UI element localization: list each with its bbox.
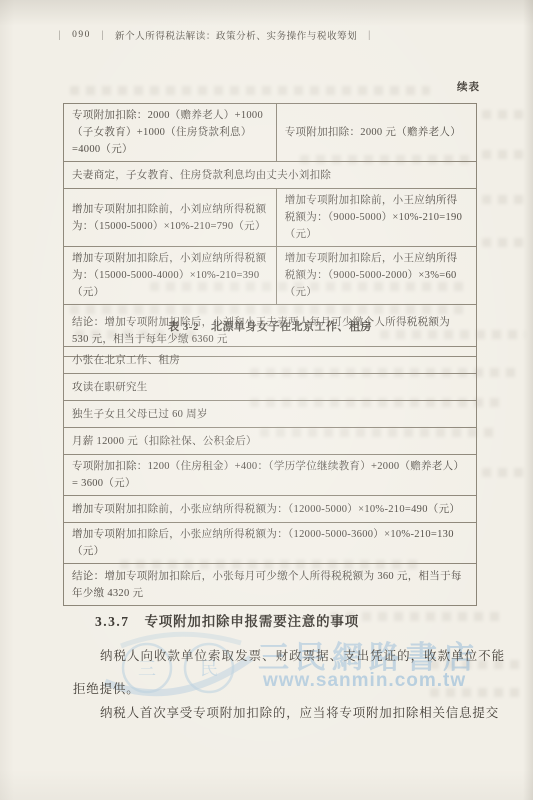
bleed-strip — [482, 195, 527, 204]
running-header: ｜ 090 ｜ 新个人所得税法解读：政策分析、实务操作与税收筹划 ｜ — [55, 28, 374, 42]
table-cell: 月薪 12000 元（扣除社保、公积金后） — [64, 428, 477, 455]
table-cell: 结论：增加专项附加扣除后，小张每月可少缴个人所得税税额为 360 元，相当于每年… — [64, 564, 477, 606]
bleed-strip — [482, 238, 527, 247]
table-row: 结论：增加专项附加扣除后，小张每月可少缴个人所得税税额为 360 元，相当于每年… — [64, 564, 477, 606]
bleed-strip — [482, 110, 527, 119]
table-row: 专项附加扣除：1200（住房租金）+400：（学历学位继续教育）+2000（赡养… — [64, 455, 477, 496]
table-cell: 增加专项附加扣除前，小张应纳所得税额为：（12000-5000）×10%-210… — [64, 496, 477, 523]
single-woman-tax-table: 小张在北京工作、租房 攻读在职研究生 独生子女且父母已过 60 周岁 月薪 12… — [63, 346, 477, 606]
bleed-strip — [70, 86, 430, 95]
header-bar: ｜ — [55, 28, 65, 42]
table-row: 夫妻商定，子女教育、住房贷款利息均由丈夫小刘扣除 — [64, 162, 477, 189]
book-title: 新个人所得税法解读：政策分析、实务操作与税收筹划 — [115, 28, 357, 42]
table-cell: 增加专项附加扣除后，小王应纳所得税额为：（9000-5000-2000）×3%=… — [276, 247, 476, 305]
scanned-book-page: 三 民 三民網路書店 www.sanmin.com.tw ｜ 090 ｜ 新个人… — [0, 0, 533, 800]
table-caption-text: 北漂单身女子在北京工作、租房 — [211, 321, 372, 333]
table-cell: 增加专项附加扣除前，小刘应纳所得税额为：（15000-5000）×10%-210… — [64, 189, 277, 247]
header-bar: ｜ — [364, 28, 374, 42]
table-row: 月薪 12000 元（扣除社保、公积金后） — [64, 428, 477, 455]
table-row: 专项附加扣除：2000（赡养老人）+1000（子女教育）+1000（住房贷款利息… — [64, 104, 477, 162]
table-row: 小张在北京工作、租房 — [64, 347, 477, 374]
table-row: 独生子女且父母已过 60 周岁 — [64, 401, 477, 428]
bleed-strip — [482, 468, 527, 477]
table-cell: 专项附加扣除：2000 元（赡养老人） — [276, 104, 476, 162]
section-heading: 3.3.7专项附加扣除申报需要注意的事项 — [95, 610, 359, 630]
page-number: 090 — [72, 30, 91, 40]
table-row: 增加专项附加扣除前，小张应纳所得税额为：（12000-5000）×10%-210… — [64, 496, 477, 523]
table-row: 增加专项附加扣除后，小张应纳所得税额为：（12000-5000-3600）×10… — [64, 523, 477, 564]
table-row: 增加专项附加扣除后，小刘应纳所得税额为：（15000-5000-4000）×10… — [64, 247, 477, 305]
section-title: 专项附加扣除申报需要注意的事项 — [145, 614, 360, 629]
table-cell: 独生子女且父母已过 60 周岁 — [64, 401, 477, 428]
table-row: 增加专项附加扣除前，小刘应纳所得税额为：（15000-5000）×10%-210… — [64, 189, 477, 247]
table-row: 攻读在职研究生 — [64, 374, 477, 401]
table-cell: 专项附加扣除：1200（住房租金）+400：（学历学位继续教育）+2000（赡养… — [64, 455, 477, 496]
body-paragraph: 纳税人首次享受专项附加扣除的，应当将专项附加扣除相关信息提交 — [73, 697, 505, 730]
continued-table-label: 续表 — [457, 79, 480, 94]
table-cell: 增加专项附加扣除后，小张应纳所得税额为：（12000-5000-3600）×10… — [64, 523, 477, 564]
table-cell: 增加专项附加扣除后，小刘应纳所得税额为：（15000-5000-4000）×10… — [64, 247, 277, 305]
table-cell: 攻读在职研究生 — [64, 374, 477, 401]
section-number: 3.3.7 — [95, 614, 130, 629]
table-cell: 小张在北京工作、租房 — [64, 347, 477, 374]
table-cell: 专项附加扣除：2000（赡养老人）+1000（子女教育）+1000（住房贷款利息… — [64, 104, 277, 162]
table-cell: 夫妻商定，子女教育、住房贷款利息均由丈夫小刘扣除 — [64, 162, 477, 189]
header-bar: ｜ — [98, 28, 108, 42]
table-caption: 表 3-2北漂单身女子在北京工作、租房 — [63, 318, 477, 334]
bleed-strip — [482, 150, 527, 159]
table-caption-label: 表 3-2 — [168, 321, 199, 333]
table-cell: 增加专项附加扣除前，小王应纳所得税额为：（9000-5000）×10%-210=… — [276, 189, 476, 247]
